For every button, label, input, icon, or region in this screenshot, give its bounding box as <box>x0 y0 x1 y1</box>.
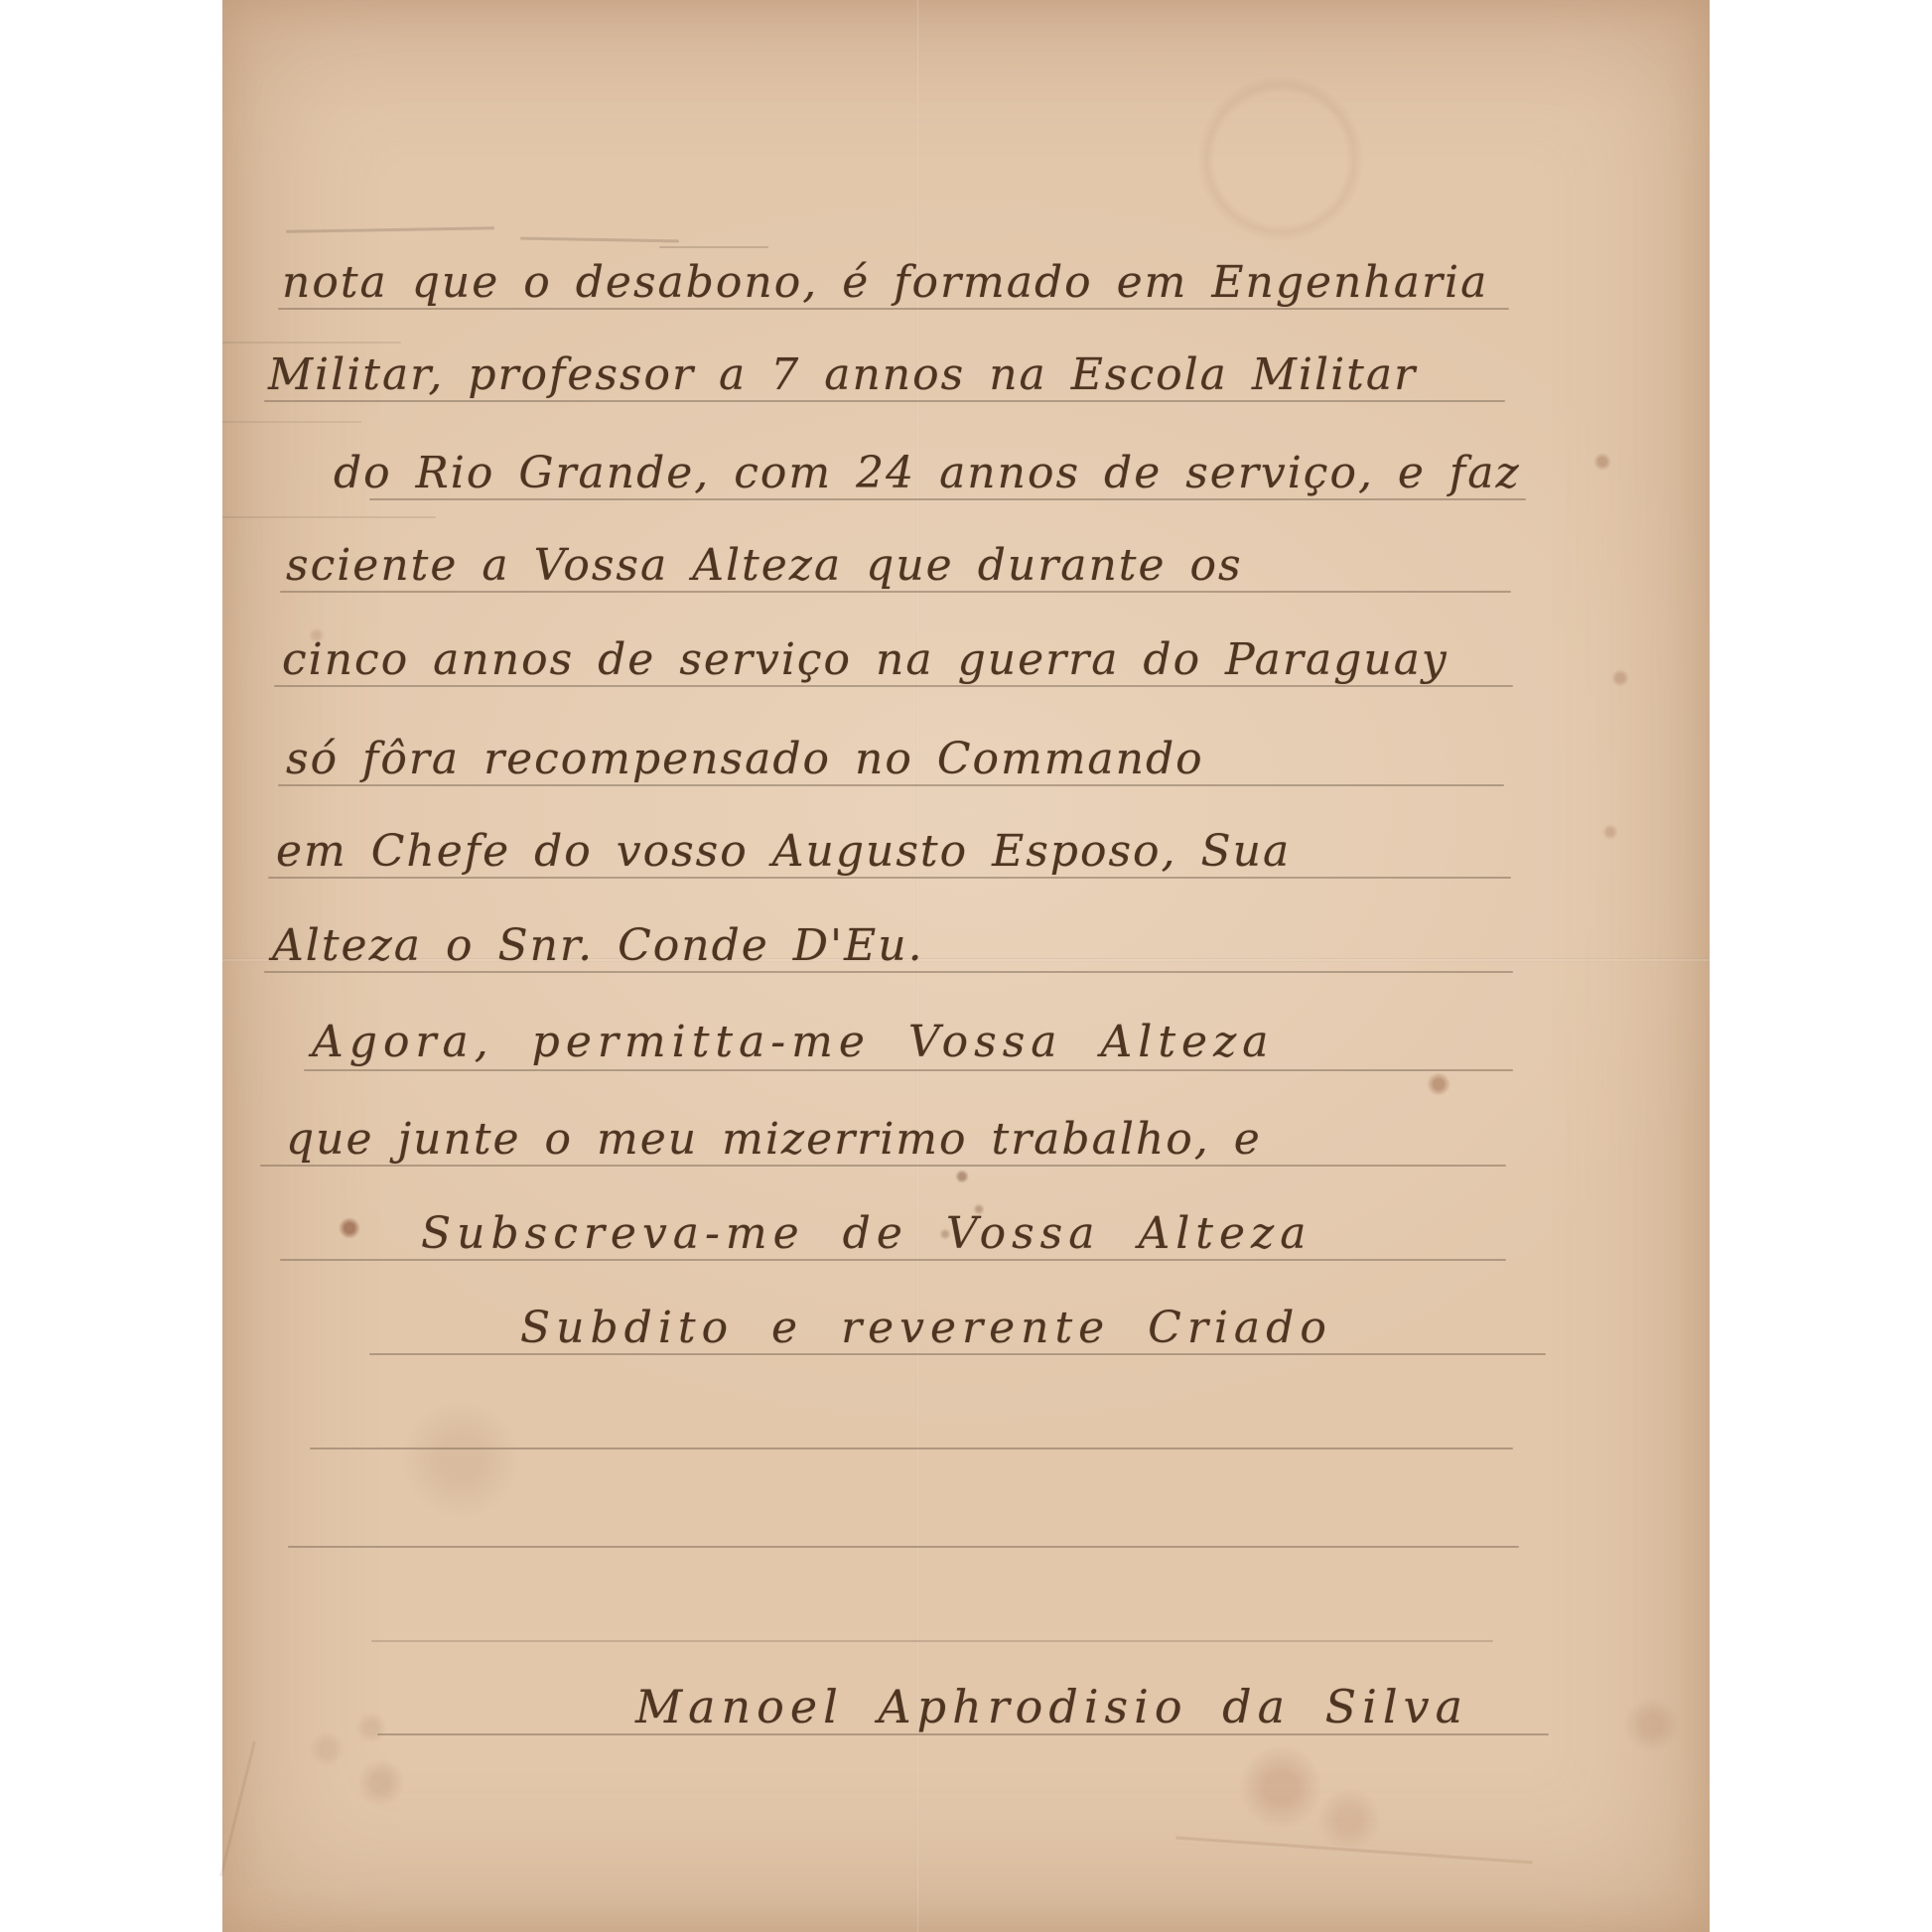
handwriting-line-9: Agora, permitta-me Vossa Alteza <box>312 1016 1275 1069</box>
signature: Manoel Aphrodisio da Silva <box>635 1680 1468 1733</box>
handwriting-line-5: cinco annos de serviço na guerra do Para… <box>282 633 1449 687</box>
handwriting-line-8: Alteza o Snr. Conde D'Eu. <box>272 919 924 973</box>
ruled-line <box>304 1069 1513 1071</box>
pencil-smudge <box>520 237 679 243</box>
handwriting-line-1: nota que o desabono, é formado em Engenh… <box>282 256 1488 310</box>
handwriting-line-7: em Chefe do vosso Augusto Esposo, Sua <box>276 825 1291 879</box>
letter-paper: nota que o desabono, é formado em Engenh… <box>222 0 1710 1932</box>
handwriting-line-4: sciente a Vossa Alteza que durante os <box>286 539 1243 593</box>
scan-background: nota que o desabono, é formado em Engenh… <box>0 0 1932 1932</box>
pencil-smudge <box>286 226 494 233</box>
handwriting-line-11: Subscreva-me de Vossa Alteza <box>421 1207 1311 1261</box>
edge-crease-mark <box>222 342 401 344</box>
edge-crease-mark <box>222 516 436 518</box>
diagonal-crease-bottom-right <box>1175 1836 1532 1863</box>
pencil-smudge <box>659 246 768 248</box>
signature-rule <box>377 1733 1549 1735</box>
handwriting-line-6: só fôra recompensado no Commando <box>286 733 1204 786</box>
handwriting-line-10: que junte o meu mizerrimo trabalho, e <box>286 1113 1262 1167</box>
edge-crease-mark <box>222 421 361 423</box>
ruled-line-blank <box>310 1448 1513 1449</box>
ruled-line-blank <box>288 1546 1519 1548</box>
handwriting-line-12: Subdito e reverente Criado <box>520 1302 1332 1355</box>
ruled-line-blank <box>371 1640 1493 1642</box>
crease-bottom-left <box>219 1741 256 1877</box>
handwriting-line-2: Militar, professor a 7 annos na Escola M… <box>268 348 1417 402</box>
handwriting-line-3: do Rio Grande, com 24 annos de serviço, … <box>334 447 1521 500</box>
